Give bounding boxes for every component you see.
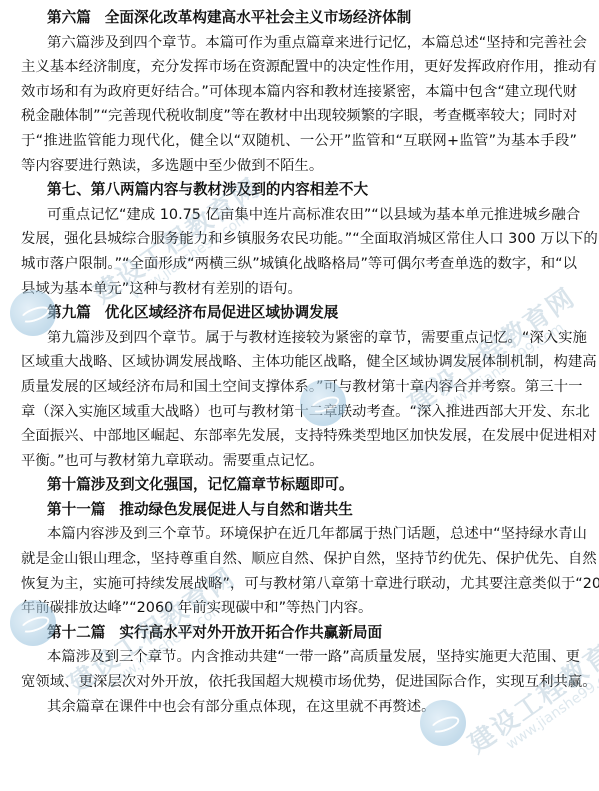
paragraph-line: 质量发展的区域经济布局和国土空间支撑体系。”可与教材第十章内容合并考察。第三十一 xyxy=(21,375,577,400)
section-heading-9: 第九篇优化区域经济布局促进区域协调发展 xyxy=(21,301,577,326)
closing-paragraph: 其余篇章在课件中也会有部分重点体现，在这里就不再赘述。 xyxy=(21,695,577,720)
paragraph-line: 等内容要进行熟读，多选题中至少做到不陌生。 xyxy=(21,154,577,179)
heading-number: 第六篇 xyxy=(47,9,91,26)
heading-title: 优化区域经济布局促进区域协调发展 xyxy=(105,304,339,321)
paragraph-line: 区域重大战略、区域协调发展战略、主体功能区战略，健全区域协调发展体制机制，构建高 xyxy=(21,350,577,375)
paragraph-line: 宽领域、更深层次对外开放，依托我国超大规模市场优势，促进国际合作，实现互利共赢。 xyxy=(21,670,577,695)
paragraph-line: 第六篇涉及到四个章节。本篇可作为重点篇章来进行记忆，本篇总述“坚持和完善社会 xyxy=(21,31,577,56)
paragraph-line: 主义基本经济制度，充分发挥市场在资源配置中的决定性作用，更好发挥政府作用，推动有 xyxy=(21,55,577,80)
paragraph-line: 税金融体制”“完善现代税收制度”等在教材中出现较频繁的字眼，考查概率较大；同时对 xyxy=(21,104,577,129)
paragraph-line: 本篇涉及到三个章节。内含推动共建“一带一路”高质量发展，坚持实施更大范围、更 xyxy=(21,645,577,670)
heading-title: 推动绿色发展促进人与自然和谐共生 xyxy=(119,501,353,518)
paragraph-line: 可重点记忆“建成 10.75 亿亩集中连片高标准农田”“以县域为基本单元推进城乡… xyxy=(21,203,577,228)
heading-title: 第七、第八两篇内容与教材涉及到的内容相差不大 xyxy=(47,181,368,198)
section-heading-7-8: 第七、第八两篇内容与教材涉及到的内容相差不大 xyxy=(21,178,577,203)
heading-number: 第十二篇 xyxy=(47,624,105,641)
heading-number: 第九篇 xyxy=(47,304,91,321)
paragraph-line: 发展，强化县城综合服务能力和乡镇服务农民功能。”“全面取消城区常住人口 300 … xyxy=(21,227,577,252)
section-heading-10: 第十篇涉及到文化强国，记忆篇章节标题即可。 xyxy=(21,473,577,498)
document-body: 第六篇全面深化改革构建高水平社会主义市场经济体制 第六篇涉及到四个章节。本篇可作… xyxy=(21,6,577,719)
heading-title: 实行高水平对外开放开拓合作共赢新局面 xyxy=(119,624,382,641)
section-heading-6: 第六篇全面深化改革构建高水平社会主义市场经济体制 xyxy=(21,6,577,31)
heading-number: 第十一篇 xyxy=(47,501,105,518)
paragraph-line: 第九篇涉及到四个章节。属于与教材连接较为紧密的章节，需要重点记忆。“深入实施 xyxy=(21,326,577,351)
paragraph-line: 城市落户限制。”“全面形成“两横三纵”城镇化战略格局”等可偶尔考查单选的数字，和… xyxy=(21,252,577,277)
heading-title: 第十篇涉及到文化强国，记忆篇章节标题即可。 xyxy=(47,476,353,493)
paragraph-line: 恢复为主，实施可持续发展战略”，可与教材第八章第十章进行联动，尤其要注意类似于“… xyxy=(21,572,577,597)
paragraph-line: 县域为基本单元”这种与教材有差别的语句。 xyxy=(21,277,577,302)
section-heading-11: 第十一篇推动绿色发展促进人与自然和谐共生 xyxy=(21,498,577,523)
paragraph-line: 章（深入实施区域重大战略）也可与教材第十二章联动考查。“深入推进西部大开发、东北 xyxy=(21,400,577,425)
paragraph-line: 于“推进监管能力现代化，健全以“双随机、一公开”监管和“互联网+监管”为基本手段… xyxy=(21,129,577,154)
paragraph-line: 年前碳排放达峰”“2060 年前实现碳中和”等热门内容。 xyxy=(21,596,577,621)
paragraph-line: 就是金山银山理念，坚持尊重自然、顺应自然、保护自然，坚持节约优先、保护优先、自然 xyxy=(21,547,577,572)
paragraph-line: 全面振兴、中部地区崛起、东部率先发展，支持特殊类型地区加快发展，在发展中促进相对 xyxy=(21,424,577,449)
paragraph-line: 本篇内容涉及到三个章节。环境保护在近几年都属于热门话题，总述中“坚持绿水青山 xyxy=(21,522,577,547)
paragraph-line: 效市场和有为政府更好结合。”可体现本篇内容和教材连接紧密，本篇中包含“建立现代财 xyxy=(21,80,577,105)
heading-title: 全面深化改革构建高水平社会主义市场经济体制 xyxy=(105,9,411,26)
section-heading-12: 第十二篇实行高水平对外开放开拓合作共赢新局面 xyxy=(21,621,577,646)
paragraph-line: 平衡。”也可与教材第九章联动。需要重点记忆。 xyxy=(21,449,577,474)
